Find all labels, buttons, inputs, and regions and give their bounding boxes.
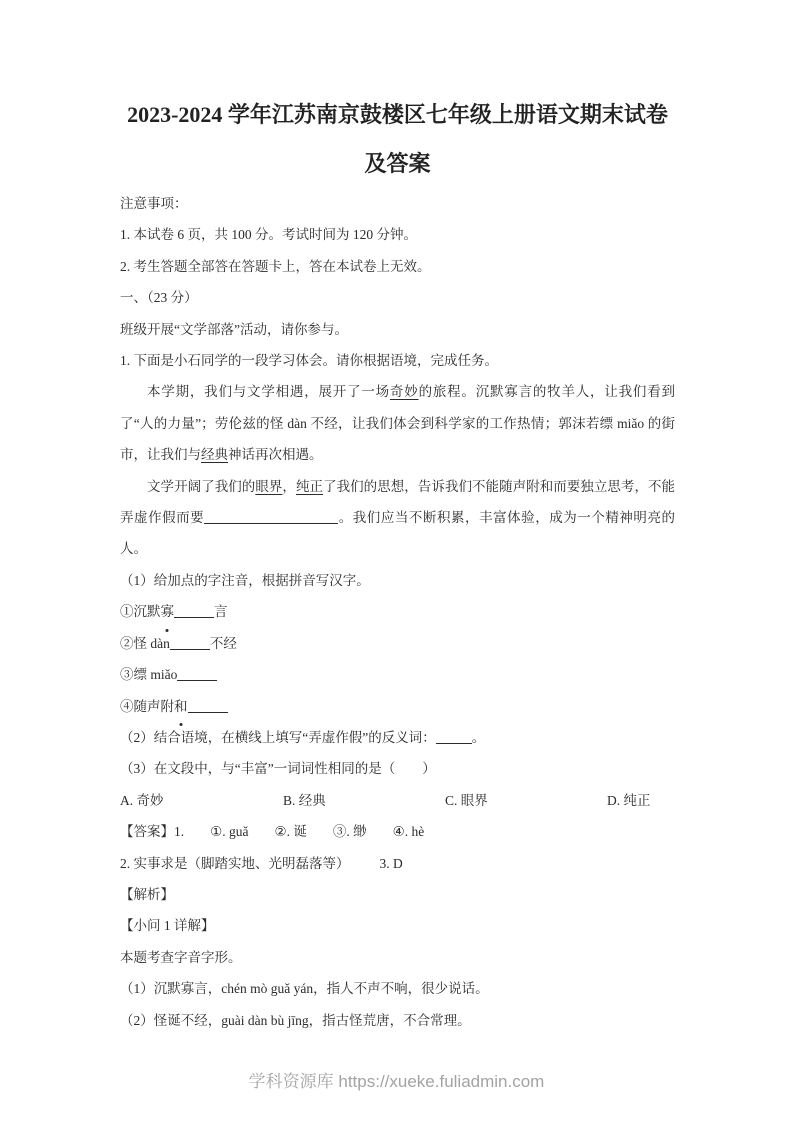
underlined-word-qimiao: 奇妙 (390, 384, 419, 399)
underlined-word-chunzheng: 纯正 (296, 479, 323, 494)
answer-2: 2. 实事求是（脚踏实地、光明磊落等） (120, 856, 350, 871)
analysis-subheading: 【小问 1 详解】 (120, 910, 675, 941)
analysis-line-3: （2）怪诞不经，guài dàn bù jīng，指古怪荒唐，不合常理。 (120, 1005, 675, 1036)
answer-blank (188, 699, 228, 713)
answer-blank (436, 730, 472, 744)
pinyin-item-4: ④随声附和 (120, 691, 675, 722)
text-segment: 文学开阔了我们的 (147, 479, 255, 494)
answer-blank (177, 667, 217, 681)
pinyin-item-3: ③缥 miǎo (120, 659, 675, 690)
analysis-line-2: （1）沉默寡言，chén mò guǎ yán，指人不声不响，很少说话。 (120, 973, 675, 1004)
text-segment: ①沉默 (120, 604, 161, 619)
dotted-character-gua: 寡 (161, 596, 175, 627)
notice-item-2: 2. 考生答题全部答在答题卡上，答在本试卷上无效。 (120, 251, 675, 282)
exam-document-page: 2023-2024 学年江苏南京鼓楼区七年级上册语文期末试卷及答案 注意事项： … (0, 0, 793, 1122)
text-segment: 本学期，我们与文学相遇，展开了一场 (147, 384, 390, 399)
answer-label: 【答案】1. (120, 824, 184, 839)
passage-paragraph-2: 文学开阔了我们的眼界，纯正了我们的思想，告诉我们不能随声附和而要独立思考，不能弄… (120, 471, 675, 565)
dotted-character-he: 和 (174, 691, 188, 722)
answer-line-1: 【答案】1.①. guǎ②. 诞③. 缈④. hè (120, 816, 675, 847)
answer-line-2: 2. 实事求是（脚踏实地、光明磊落等）3. D (120, 848, 675, 879)
question-1-stem: 1. 下面是小石同学的一段学习体会。请你根据语境，完成任务。 (120, 345, 675, 376)
page-title: 2023-2024 学年江苏南京鼓楼区七年级上册语文期末试卷及答案 (120, 90, 675, 188)
subquestion-2: （2）结合语境，在横线上填写“弄虚作假”的反义词：。 (120, 722, 675, 753)
answer-part-1: ①. guǎ (210, 824, 248, 839)
text-segment: 不经 (210, 636, 237, 651)
answer-blank (174, 604, 214, 618)
underlined-word-yanjie: 眼界 (255, 479, 282, 494)
answer-3: 3. D (380, 856, 403, 871)
text-segment: ， (282, 479, 296, 494)
answer-part-2: ②. 诞 (274, 824, 306, 839)
text-segment: （2）结合语境，在横线上填写“弄虚作假”的反义词： (120, 730, 436, 745)
notice-item-1: 1. 本试卷 6 页，共 100 分。考试时间为 120 分钟。 (120, 219, 675, 250)
option-b: B. 经典 (283, 785, 445, 816)
text-segment: 。 (472, 730, 486, 745)
text-segment: ②怪 dàn (120, 636, 170, 651)
pinyin-item-2: ②怪 dàn不经 (120, 628, 675, 659)
subquestion-3: （3）在文段中，与“丰富”一词词性相同的是（ ） (120, 753, 675, 784)
answer-part-4: ④. hè (393, 824, 425, 839)
option-c: C. 眼界 (445, 785, 607, 816)
subquestion-1-label: （1）给加点的字注音，根据拼音写汉字。 (120, 565, 675, 596)
text-segment: ④随声附 (120, 699, 174, 714)
site-footer-watermark: 学科资源库 https://xueke.fuliadmin.com (0, 1067, 793, 1092)
pinyin-item-1: ①沉默寡言 (120, 596, 675, 627)
text-segment: 言 (214, 604, 228, 619)
option-row: A. 奇妙 B. 经典 C. 眼界 D. 纯正 (120, 785, 675, 816)
option-d: D. 纯正 (607, 785, 675, 816)
underlined-word-jingdian: 经典 (201, 447, 228, 462)
document-body: 注意事项： 1. 本试卷 6 页，共 100 分。考试时间为 120 分钟。 2… (120, 188, 675, 1036)
analysis-line-1: 本题考查字音字形。 (120, 942, 675, 973)
text-segment: ③缥 miǎo (120, 667, 177, 682)
analysis-heading: 【解析】 (120, 879, 675, 910)
text-segment: 神话再次相遇。 (228, 447, 323, 462)
answer-blank (170, 636, 210, 650)
activity-intro: 班级开展“文学部落”活动，请你参与。 (120, 314, 675, 345)
option-a: A. 奇妙 (120, 785, 283, 816)
answer-part-3: ③. 缈 (333, 824, 367, 839)
passage-paragraph-1: 本学期，我们与文学相遇，展开了一场奇妙的旅程。沉默寡言的牧羊人，让我们看到了“人… (120, 376, 675, 470)
section-heading: 一、（23 分） (120, 282, 675, 313)
fill-in-blank-antonym (204, 510, 338, 524)
notice-heading: 注意事项： (120, 188, 675, 219)
